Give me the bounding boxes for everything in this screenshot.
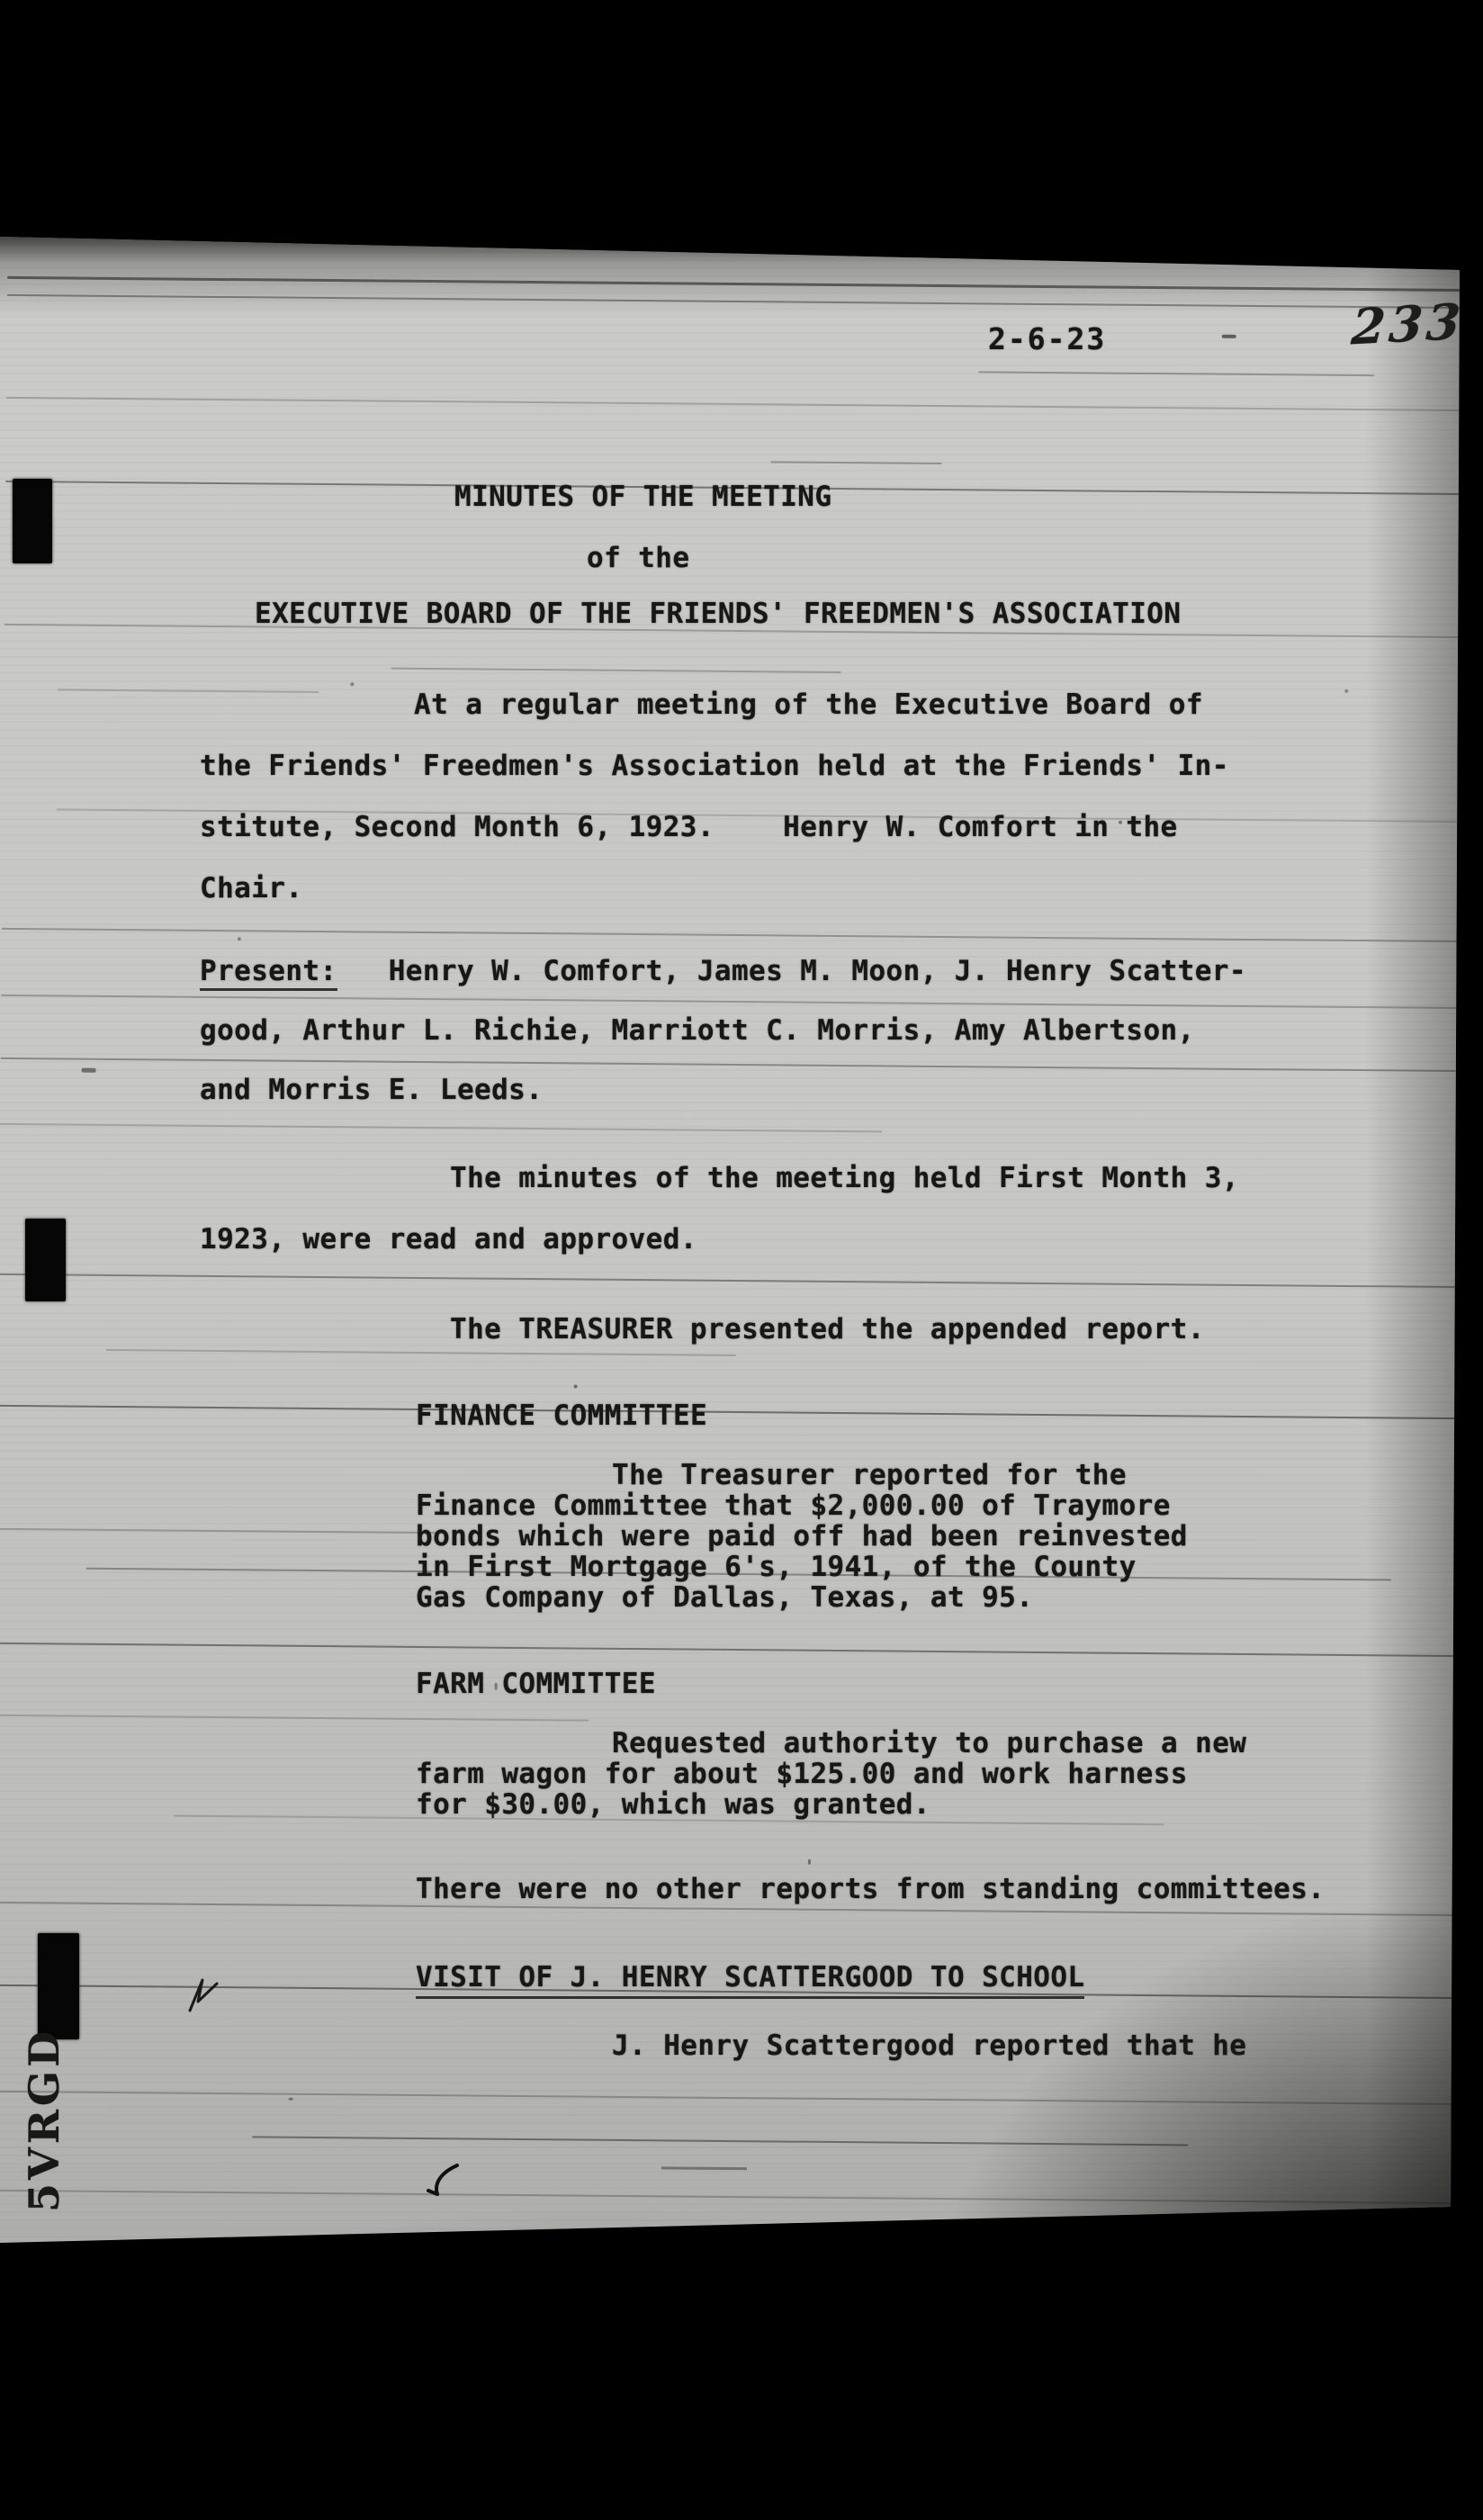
binding-mark-top — [13, 479, 52, 563]
ruled-line — [0, 1528, 446, 1534]
opening-line: Chair. — [200, 873, 302, 905]
present-line: Present: Henry W. Comfort, James M. Moon… — [200, 956, 1246, 988]
dust-speck — [82, 1068, 96, 1073]
ruled-line — [0, 2190, 1460, 2204]
visit-line: J. Henry Scattergood reported that he — [612, 2030, 1246, 2063]
ruled-line — [1, 1057, 1470, 1072]
treasurer-line: The TREASURER presented the appended rep… — [450, 1314, 1205, 1346]
finance-line: The Treasurer reported for the — [612, 1460, 1127, 1492]
dust-speck — [289, 2098, 293, 2101]
dust-speck — [1222, 335, 1236, 338]
farm-line: for $30.00, which was granted. — [416, 1789, 930, 1822]
finance-line: Gas Company of Dallas, Texas, at 95. — [416, 1582, 1033, 1615]
standing-committees-line: There were no other reports from standin… — [416, 1874, 1325, 1906]
dust-speck — [808, 1859, 811, 1865]
dust-speck — [238, 937, 241, 940]
handwritten-page-number: 233 — [1350, 292, 1466, 356]
present-line: and Morris E. Leeds. — [200, 1075, 543, 1107]
finance-line: Finance Committee that $2,000.00 of Tray… — [416, 1490, 1171, 1523]
dust-speck — [574, 1384, 578, 1388]
opening-line: stitute, Second Month 6, 1923. Henry W. … — [200, 812, 1178, 844]
ruled-line — [0, 1123, 882, 1133]
farm-committee-heading: FARM COMMITTEE — [416, 1669, 656, 1701]
ruled-line — [978, 371, 1374, 376]
ruled-line — [0, 1273, 1468, 1288]
doc-title-line2: of the — [587, 543, 689, 575]
ruled-line — [106, 1349, 736, 1356]
ruled-line — [58, 688, 319, 693]
present-line: good, Arthur L. Richie, Marriott C. Morr… — [200, 1015, 1195, 1048]
scanned-document-screenshot: { "page": { "date": "2-6-23", "page_numb… — [0, 0, 1483, 2520]
present-label: Present: — [200, 955, 337, 991]
scanned-page: 233 2-6-23 MINUTES OF THE MEETING of the… — [0, 0, 1469, 2520]
dust-speck — [350, 682, 354, 686]
finance-committee-heading: FINANCE COMMITTEE — [416, 1400, 707, 1433]
ruled-lines-layer — [0, 0, 1479, 2520]
minutes-line: 1923, were read and approved. — [200, 1224, 697, 1256]
present-names: Henry W. Comfort, James M. Moon, J. Henr… — [337, 955, 1246, 987]
ruled-line — [0, 1405, 1466, 1419]
opening-line: At a regular meeting of the Executive Bo… — [414, 689, 1203, 722]
ruled-line — [0, 1642, 1464, 1657]
ruled-line — [391, 668, 840, 673]
margin-stamp-label: 5VRGD — [20, 2052, 76, 2212]
ruled-line — [2, 928, 1470, 942]
ruled-line — [771, 461, 942, 464]
doc-title-line1: MINUTES OF THE MEETING — [454, 481, 831, 514]
binding-mark-bottom — [38, 1933, 79, 2039]
visit-heading: VISIT OF J. HENRY SCATTERGOOD TO SCHOOL — [416, 1962, 1084, 1999]
typed-date: 2-6-23 — [988, 322, 1106, 356]
finance-line: in First Mortgage 6's, 1941, of the Coun… — [416, 1552, 1137, 1584]
ruled-line — [0, 2091, 1461, 2105]
ruled-line — [6, 397, 1475, 411]
binding-mark-middle — [25, 1219, 66, 1301]
doc-title-line3: EXECUTIVE BOARD OF THE FRIENDS' FREEDMEN… — [255, 598, 1181, 631]
pen-hook-mark — [423, 2160, 464, 2205]
ruled-line — [7, 276, 1476, 292]
pen-squiggle-mark — [184, 1973, 224, 2018]
farm-line: farm wagon for about $125.00 and work ha… — [416, 1759, 1188, 1791]
ruled-line — [7, 294, 1476, 309]
ruled-line — [0, 1714, 589, 1722]
ruled-line — [661, 2166, 747, 2170]
ruled-line — [1, 994, 1470, 1009]
minutes-line: The minutes of the meeting held First Mo… — [450, 1163, 1239, 1195]
ruled-line — [252, 2136, 1188, 2146]
dust-speck — [1344, 689, 1348, 693]
finance-line: bonds which were paid off had been reinv… — [416, 1521, 1188, 1553]
opening-line: the Friends' Freedmen's Association held… — [200, 751, 1229, 783]
farm-line: Requested authority to purchase a new — [612, 1728, 1246, 1760]
